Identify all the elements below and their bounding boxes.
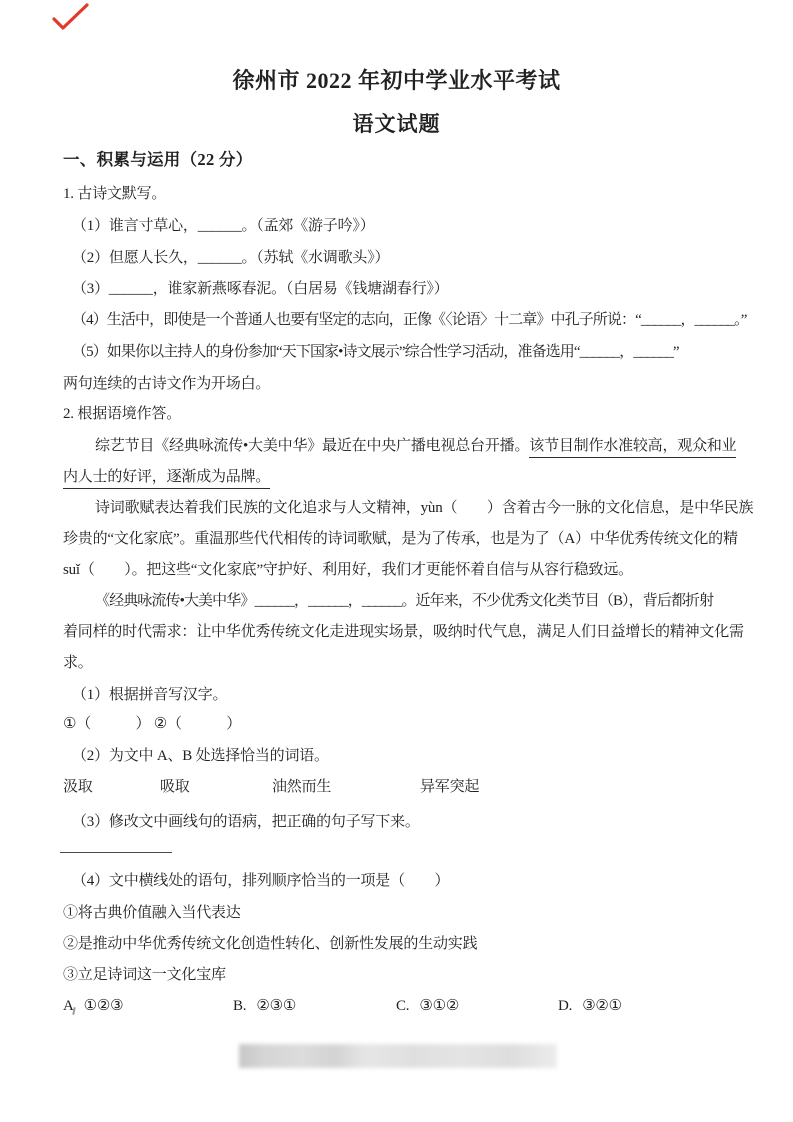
passage1-underlined-text-part1: 该节目制作水准较高，观众和业: [529, 438, 736, 458]
option-c: C.③①②: [396, 995, 459, 1017]
q2-sub1-answer-blanks: ①（ ） ②（ ）: [63, 713, 241, 735]
word-choice-3: 油然而生: [272, 776, 331, 798]
blurred-watermark: [239, 1044, 557, 1068]
option-a-order: ①②③: [84, 998, 124, 1014]
q2-passage3-line2: 着同样的时代需求：让中华优秀传统文化走进现实场景，吸纳时代气息，满足人们日益增长…: [63, 621, 744, 643]
q2-passage3-line3: 求。: [63, 652, 93, 674]
red-checkmark-stroke: [54, 5, 87, 28]
passage1-normal-text: 综艺节目《经典咏流传•大美中华》最近在中央广播电视总台开播。: [95, 438, 529, 454]
q1-item-5-line1: （5）如果你以主持人的身份参加“天下国家•诗文展示”综合性学习活动，准备选用“_…: [72, 341, 679, 363]
red-checkmark-icon: [50, 2, 92, 34]
option-b-label: B.: [233, 998, 246, 1014]
q2-sub4-sentence-2: ②是推动中华优秀传统文化创造性转化、创新性发展的生动实践: [63, 933, 477, 955]
q2-sub1-stem: （1）根据拼音写汉字。: [72, 684, 227, 706]
q1-item-4: （4）生活中，即使是一个普通人也要有坚定的志向，正像《〈论语〉十二章》中孔子所说…: [72, 309, 747, 331]
q1-item-1: （1）谁言寸草心，______。（孟郊《游子吟》）: [72, 215, 375, 237]
q1-item-2: （2）但愿人长久，______。（苏轼《水调歌头》）: [72, 247, 389, 269]
q2-sub4-sentence-3: ③立足诗词这一文化宝库: [63, 964, 226, 986]
word-choice-2: 吸取: [160, 776, 190, 798]
word-choice-1: 汲取: [63, 776, 93, 798]
q2-passage1-line1: 综艺节目《经典咏流传•大美中华》最近在中央广播电视总台开播。该节目制作水准较高，…: [95, 435, 736, 457]
q2-sub2-stem: （2）为文中 A、B 处选择恰当的词语。: [72, 745, 329, 767]
option-b: B.②③①: [233, 995, 296, 1017]
q2-sub4-options-row: A①②③ B.②③① C.③①② D.③②①: [63, 995, 743, 1017]
q1-stem: 1. 古诗文默写。: [63, 183, 166, 205]
q2-sub2-word-choices: 汲取 吸取 油然而生 异军突起: [63, 776, 743, 798]
q1-item-5-line2: 两句连续的古诗文作为开场白。: [63, 373, 270, 395]
option-d: D.③②①: [558, 995, 622, 1017]
q2-sub3-stem: （3）修改文中画线句的语病，把正确的句子写下来。: [72, 811, 420, 833]
q2-sub4-sentence-1: ①将古典价值融入当代表达: [63, 902, 241, 924]
option-d-order: ③②①: [582, 998, 622, 1014]
q2-passage2-line1: 诗词歌赋表达着我们民族的文化追求与人文精神，yùn（ ）含着古今一脉的文化信息，…: [95, 497, 753, 519]
exam-paper-page: 徐州市 2022 年初中学业水平考试 语文试题 一、积累与运用（22 分） 1.…: [0, 0, 793, 1122]
q2-passage3-line1: 《经典咏流传•大美中华》______，______，______。近年来，不少优…: [95, 590, 713, 612]
option-d-label: D.: [558, 998, 572, 1014]
handwriting-answer-line: [60, 852, 172, 853]
page-subtitle: 语文试题: [0, 108, 793, 138]
q2-passage2-line3: suǐ（ ）。把这些“文化家底”守护好、利用好，我们才更能怀着自信与从容行稳致远…: [63, 559, 633, 581]
option-c-label: C.: [396, 998, 409, 1014]
option-c-order: ③①②: [419, 998, 459, 1014]
q2-passage2-line2: 珍贵的“文化家底”。重温那些代代相传的诗词歌赋，是为了传承，也是为了（A）中华优…: [63, 528, 738, 550]
page-title: 徐州市 2022 年初中学业水平考试: [0, 64, 793, 95]
q2-stem: 2. 根据语境作答。: [63, 403, 181, 425]
word-choice-4: 异军突起: [420, 776, 479, 798]
section-heading: 一、积累与运用（22 分）: [63, 146, 253, 170]
q1-item-3: （3）______，谁家新燕啄春泥。（白居易《钱塘湖春行》）: [72, 278, 449, 300]
q2-sub4-stem: （4）文中横线处的语句，排列顺序恰当的一项是（ ）: [72, 870, 449, 892]
option-b-order: ②③①: [256, 998, 296, 1014]
passage1-underlined-text-part2: 内人士的好评，逐渐成为品牌。: [63, 469, 270, 489]
q2-passage1-line2: 内人士的好评，逐渐成为品牌。: [63, 466, 270, 488]
